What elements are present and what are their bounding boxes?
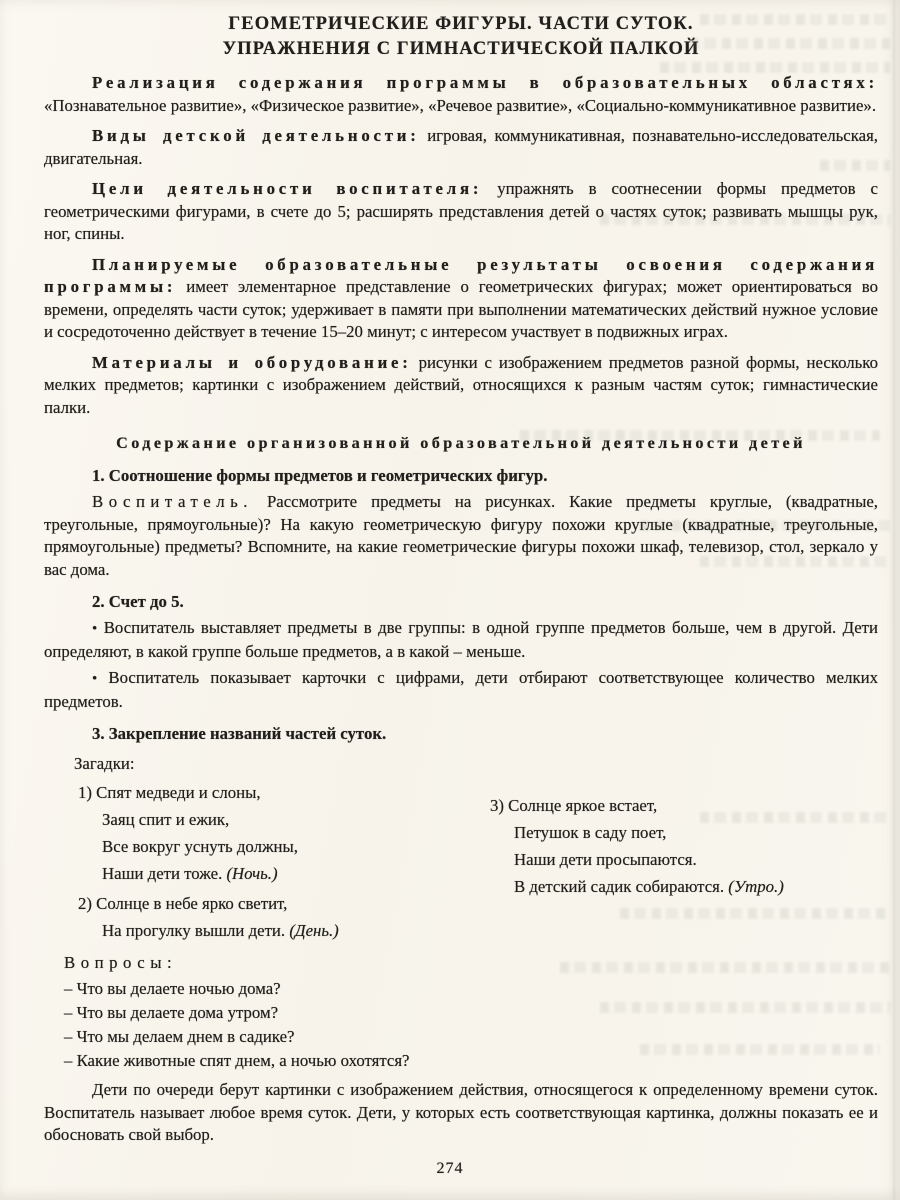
riddle-line: 3) Солнце яркое встает,: [490, 792, 878, 819]
riddle-line: На прогулку вышли дети. (День.): [78, 917, 490, 944]
paragraph-label-activity-types: Виды детской деятельности:: [92, 126, 420, 145]
paragraph-activity-types: Виды детской деятельности: игровая, комм…: [44, 125, 878, 170]
paragraph-label-materials: Материалы и оборудование:: [92, 353, 412, 372]
scanned-book-page: ГЕОМЕТРИЧЕСКИЕ ФИГУРЫ. ЧАСТИ СУТОК. УПРА…: [0, 0, 900, 1200]
section-1-heading: 1. Соотношение формы предметов и геометр…: [44, 464, 878, 487]
closing-paragraph: Дети по очереди берут картинки с изображ…: [44, 1079, 878, 1147]
riddles-block: 1) Спят медведи и слоны, Заяц спит и ежи…: [78, 779, 878, 944]
riddle-answer: (Утро.): [728, 877, 784, 896]
section-1-paragraph: Воспитатель. Рассмотрите предметы на рис…: [44, 491, 878, 581]
scan-fold-line: [893, 0, 895, 1200]
riddle-line: Петушок в саду поет,: [490, 819, 878, 846]
paragraph-label-realization: Реализация содержания программы в образо…: [92, 73, 878, 92]
riddle-line-text: На прогулку вышли дети.: [102, 921, 285, 940]
content-heading: Содержание организованной образовательно…: [44, 431, 878, 455]
bullet-icon: •: [92, 621, 97, 637]
riddle-line: Все вокруг уснуть должны,: [78, 833, 490, 860]
title-line-1: ГЕОМЕТРИЧЕСКИЕ ФИГУРЫ. ЧАСТИ СУТОК.: [44, 12, 878, 37]
question-item-3: – Что мы делаем днем в садике?: [64, 1025, 878, 1049]
section-3-heading: 3. Закрепление названий частей суток.: [44, 722, 878, 745]
riddle-1: 1) Спят медведи и слоны, Заяц спит и ежи…: [78, 779, 490, 887]
questions-label-text: Вопросы:: [64, 953, 177, 972]
bullet-text: Воспитатель показывает карточки с цифрам…: [44, 668, 878, 711]
riddle-2: 2) Солнце в небе ярко светит, На прогулк…: [78, 890, 490, 944]
paragraph-text: «Познавательное развитие», «Физическое р…: [44, 96, 876, 115]
title-line-2: УПРАЖНЕНИЯ С ГИМНАСТИЧЕСКОЙ ПАЛКОЙ: [44, 37, 878, 62]
riddle-line: Наши дети просыпаются.: [490, 846, 878, 873]
bullet-icon: •: [92, 671, 97, 687]
riddle-line: В детский садик собираются. (Утро.): [490, 873, 878, 900]
question-item-4: – Какие животные спят днем, а ночью охот…: [64, 1049, 878, 1073]
riddle-line: 2) Солнце в небе ярко светит,: [78, 890, 490, 917]
question-item-1: – Что вы делаете ночью дома?: [64, 977, 878, 1001]
riddle-answer: (Ночь.): [226, 864, 277, 883]
riddle-3: 3) Солнце яркое встает, Петушок в саду п…: [490, 792, 878, 900]
riddle-line-text: В детский садик собираются.: [514, 877, 724, 896]
page-content: ГЕОМЕТРИЧЕСКИЕ ФИГУРЫ. ЧАСТИ СУТОК. УПРА…: [0, 0, 900, 1147]
paragraph-program-areas: Реализация содержания программы в образо…: [44, 72, 878, 117]
section-2-bullet-1: • Воспитатель выставляет предметы в две …: [44, 617, 878, 663]
questions-label: Вопросы:: [64, 951, 878, 975]
riddle-line-text: Наши дети тоже.: [102, 864, 222, 883]
riddles-label: Загадки:: [74, 752, 878, 775]
page-number: 274: [0, 1160, 900, 1178]
section-2-heading: 2. Счет до 5.: [44, 590, 878, 613]
question-item-2: – Что вы делаете дома утром?: [64, 1001, 878, 1025]
section-2-bullet-2: • Воспитатель показывает карточки с цифр…: [44, 667, 878, 713]
riddle-line: Заяц спит и ежик,: [78, 806, 490, 833]
riddle-line: 1) Спят медведи и слоны,: [78, 779, 490, 806]
riddle-answer: (День.): [289, 921, 338, 940]
paragraph-materials: Материалы и оборудование: рисунки с изоб…: [44, 352, 878, 420]
bullet-text: Воспитатель выставляет предметы в две гр…: [44, 618, 878, 661]
paragraph-label-teacher-goals: Цели деятельности воспитателя:: [92, 179, 482, 198]
riddles-right-column: 3) Солнце яркое встает, Петушок в саду п…: [490, 779, 878, 944]
riddle-line: Наши дети тоже. (Ночь.): [78, 860, 490, 887]
paragraph-planned-results: Планируемые образовательные результаты о…: [44, 254, 878, 344]
page-title: ГЕОМЕТРИЧЕСКИЕ ФИГУРЫ. ЧАСТИ СУТОК. УПРА…: [44, 12, 878, 62]
paragraph-teacher-goals: Цели деятельности воспитателя: упражнять…: [44, 178, 878, 246]
speaker-label: Воспитатель.: [92, 492, 253, 511]
riddles-left-column: 1) Спят медведи и слоны, Заяц спит и ежи…: [78, 779, 490, 944]
